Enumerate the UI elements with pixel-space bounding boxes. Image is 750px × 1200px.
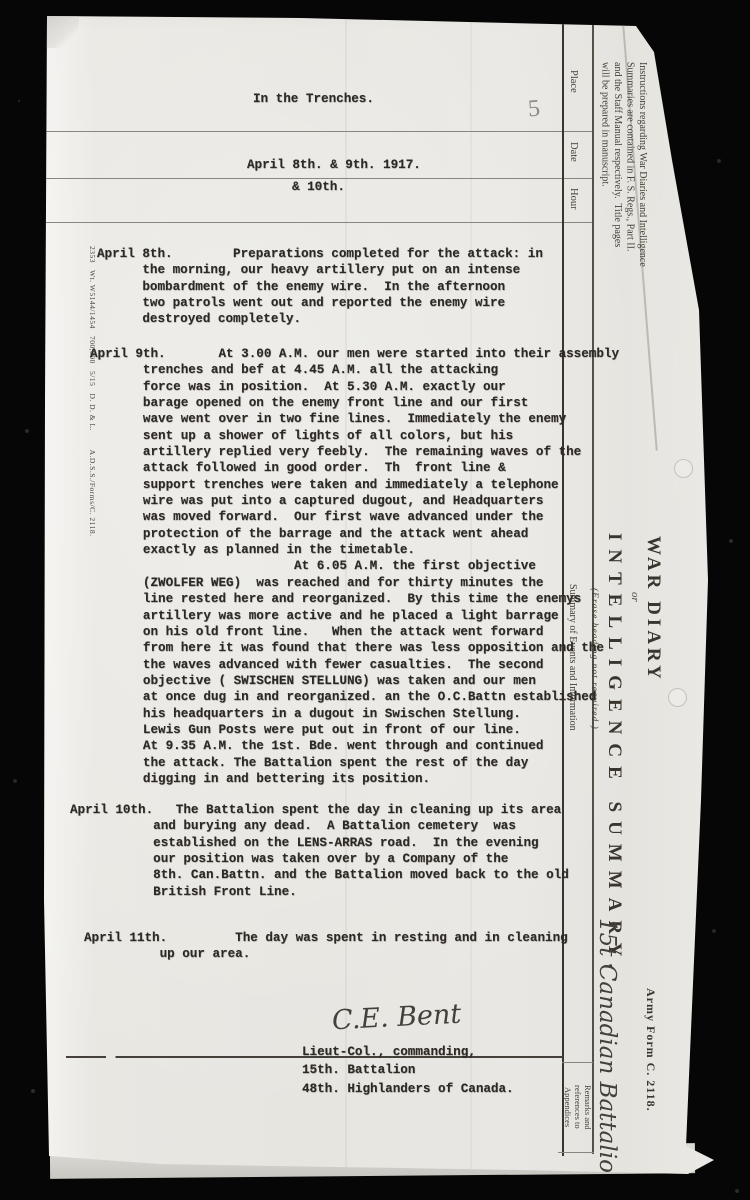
date-heading-line1: April 8th. & 9th. 1917. xyxy=(247,157,421,173)
column-header-hour: Hour xyxy=(568,188,579,210)
handwritten-battalion-note: 15t Canadian Battalion xyxy=(594,918,620,1170)
diary-entry-april-10: April 10th. The Battalion spent the day … xyxy=(70,802,569,900)
column-header-date: Date xyxy=(568,142,579,162)
signature-handwriting: C.E. Bent xyxy=(331,999,462,1037)
scanned-war-diary-page: In the Trenches. 5 April 8th. & 9th. 191… xyxy=(0,0,750,1200)
entry-text: At 3.00 A.M. our men were started into t… xyxy=(90,346,619,787)
torn-corner xyxy=(45,14,79,48)
entry-date: April 9th. xyxy=(90,346,166,362)
form-title-war-diary: WAR DIARY xyxy=(642,536,664,668)
column-header-place: Place xyxy=(568,70,579,93)
page-number: 5 xyxy=(527,96,541,124)
hole-punch-top xyxy=(674,459,693,478)
signature-text: Lieut-Col., commanding, 15th. Battalion … xyxy=(302,1043,514,1098)
remarks-cell-top-rule xyxy=(562,1062,593,1063)
hole-punch-bottom xyxy=(668,688,687,707)
diary-entry-april-8: April 8th. Preparations completed for th… xyxy=(97,246,543,328)
location-heading: In the Trenches. xyxy=(253,91,374,107)
remarks-cell-bottom-rule xyxy=(558,1152,594,1153)
header-rule-1 xyxy=(45,131,592,132)
date-heading-line2: & 10th. xyxy=(292,179,345,195)
form-title-or: or xyxy=(629,592,641,602)
army-form-number: Army Form C. 2118. xyxy=(643,988,658,1133)
diary-entry-april-11: April 11th. The day was spent in resting… xyxy=(84,930,568,963)
entry-date: April 10th. xyxy=(70,802,153,818)
signature-block: Lieut-Col., commanding, 15th. Battalion … xyxy=(302,1043,514,1098)
header-rule-3 xyxy=(45,222,592,223)
scan-noise xyxy=(18,100,20,102)
entry-date: April 8th. xyxy=(97,246,173,262)
entry-date: April 11th. xyxy=(84,930,167,946)
form-instructions: Instructions regarding War Diaries and I… xyxy=(598,62,648,330)
paper-sheet: In the Trenches. 5 April 8th. & 9th. 191… xyxy=(0,0,750,1200)
column-header-remarks: Remarks and references to Appendices xyxy=(563,1064,593,1150)
diary-entry-april-9: April 9th. At 3.00 A.M. our men were sta… xyxy=(90,346,619,787)
